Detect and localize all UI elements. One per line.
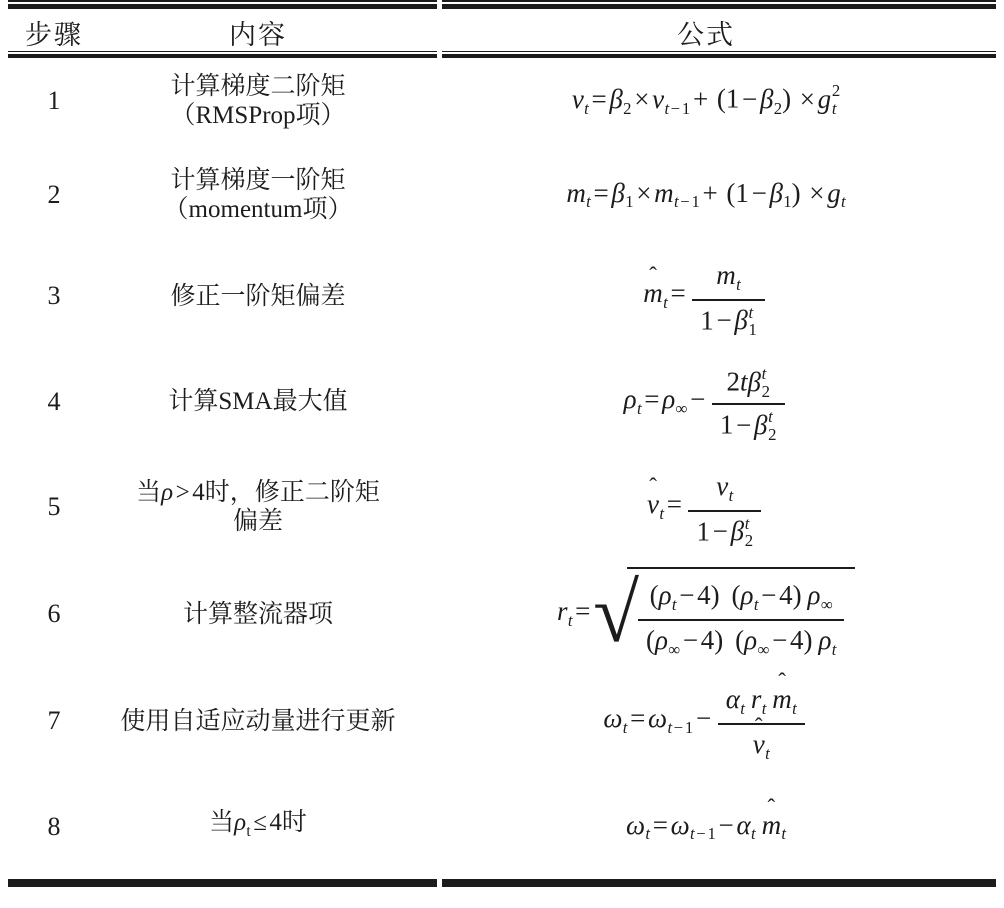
bottom-rule-left bbox=[8, 879, 437, 887]
table-rows: 1 计算梯度二阶矩（RMSProp项） vt=β2×vt−1+(1−β2)×g2… bbox=[0, 55, 1004, 880]
content-cell: 修正一阶矩偏差 bbox=[108, 243, 408, 349]
formula-cell: ωt=ωt−1−αtˆmt bbox=[408, 774, 1004, 880]
step-cell: 6 bbox=[0, 560, 108, 668]
content-cell: 当ρt≤4时 bbox=[108, 774, 408, 880]
step-cell: 8 bbox=[0, 774, 108, 880]
hat-accent-icon: ˆ bbox=[649, 476, 657, 499]
table-row: 1 计算梯度二阶矩（RMSProp项） vt=β2×vt−1+(1−β2)×g2… bbox=[0, 55, 1004, 147]
square-root: √(ρt−4)(ρt−4)ρ∞(ρ∞−4)(ρ∞−4)ρt bbox=[593, 567, 855, 660]
table-row: 6 计算整流器项 rt=√(ρt−4)(ρt−4)ρ∞(ρ∞−4)(ρ∞−4)ρ… bbox=[0, 560, 1004, 668]
formula-math: ˆvt=vt1−βt2 bbox=[647, 464, 765, 550]
formula-math: ρt=ρ∞−2tβt21−βt2 bbox=[624, 359, 789, 443]
content-cell: 计算整流器项 bbox=[108, 560, 408, 668]
top-thin-rule-right bbox=[442, 0, 996, 2]
content-cell: 使用自适应动量进行更新 bbox=[108, 668, 408, 774]
fraction: (ρt−4)(ρt−4)ρ∞(ρ∞−4)(ρ∞−4)ρt bbox=[638, 573, 845, 660]
step-cell: 7 bbox=[0, 668, 108, 774]
formula-cell: ˆvt=vt1−βt2 bbox=[408, 454, 1004, 560]
table-row: 7 使用自适应动量进行更新 ωt=ωt−1−αtrtˆmtˆvt bbox=[0, 668, 1004, 774]
formula-cell: ρt=ρ∞−2tβt21−βt2 bbox=[408, 349, 1004, 454]
step-cell: 4 bbox=[0, 349, 108, 454]
algorithm-table: 步骤 内容 公式 1 计算梯度二阶矩（RMSProp项） vt=β2×vt−1+… bbox=[0, 10, 1004, 880]
table-row: 4 计算SMA最大值 ρt=ρ∞−2tβt21−βt2 bbox=[0, 349, 1004, 454]
table-row: 3 修正一阶矩偏差 ˆmt=mt1−βt1 bbox=[0, 243, 1004, 349]
bottom-rule-right bbox=[442, 879, 996, 887]
content-cell: 计算SMA最大值 bbox=[108, 349, 408, 454]
header-step: 步骤 bbox=[0, 13, 108, 52]
hatted-symbol: ˆm bbox=[643, 277, 663, 311]
formula-cell: ωt=ωt−1−αtrtˆmtˆvt bbox=[408, 668, 1004, 774]
fraction: vt1−βt2 bbox=[688, 464, 761, 550]
content-line: 计算整流器项 bbox=[183, 600, 333, 629]
step-number: 8 bbox=[48, 812, 61, 842]
content-line: 当ρt≤4时 bbox=[209, 808, 307, 845]
hat-accent-icon: ˆ bbox=[767, 797, 775, 820]
formula-math: ˆmt=mt1−βt1 bbox=[643, 253, 768, 339]
top-thick-rule-left bbox=[8, 4, 437, 9]
content-line: 计算SMA最大值 bbox=[168, 387, 347, 416]
step-number: 5 bbox=[48, 492, 61, 522]
table-row: 8 当ρt≤4时 ωt=ωt−1−αtˆmt bbox=[0, 774, 1004, 880]
content-line: 当ρ>4时，修正二阶矩 bbox=[136, 478, 380, 507]
content-line: 计算梯度一阶矩 bbox=[170, 166, 345, 195]
formula-math: ωt=ωt−1−αtrtˆmtˆvt bbox=[603, 677, 808, 764]
top-thick-rule-right bbox=[442, 4, 996, 9]
table-row: 5 当ρ>4时，修正二阶矩偏差 ˆvt=vt1−βt2 bbox=[0, 454, 1004, 560]
hat-accent-icon: ˆ bbox=[649, 265, 657, 288]
content-line: （momentum项） bbox=[164, 195, 353, 224]
formula-cell: vt=β2×vt−1+(1−β2)×g2t bbox=[408, 55, 1004, 147]
content-line: 使用自适应动量进行更新 bbox=[120, 707, 395, 736]
content-line: 计算梯度二阶矩 bbox=[170, 72, 345, 101]
content-line: 修正一阶矩偏差 bbox=[170, 282, 345, 311]
top-thin-rule-left bbox=[8, 0, 437, 2]
fraction: mt1−βt1 bbox=[692, 253, 765, 339]
step-number: 1 bbox=[48, 86, 61, 116]
step-number: 2 bbox=[48, 180, 61, 210]
table-header-row: 步骤 内容 公式 bbox=[0, 10, 1004, 55]
hatted-symbol: ˆm bbox=[772, 683, 792, 717]
content-cell: 当ρ>4时，修正二阶矩偏差 bbox=[108, 454, 408, 560]
step-cell: 3 bbox=[0, 243, 108, 349]
content-line: （RMSProp项） bbox=[170, 101, 345, 130]
formula-math: mt=β1×mt−1+(1−β1)×gt bbox=[566, 177, 845, 214]
formula-cell: mt=β1×mt−1+(1−β1)×gt bbox=[408, 147, 1004, 243]
hat-accent-icon: ˆ bbox=[778, 671, 786, 694]
hat-accent-icon: ˆ bbox=[755, 716, 763, 739]
hatted-symbol: ˆv bbox=[647, 488, 659, 522]
formula-math: vt=β2×vt−1+(1−β2)×g2t bbox=[572, 82, 840, 119]
step-cell: 2 bbox=[0, 147, 108, 243]
content-cell: 计算梯度一阶矩（momentum项） bbox=[108, 147, 408, 243]
step-cell: 5 bbox=[0, 454, 108, 560]
header-content: 内容 bbox=[108, 13, 408, 52]
fraction: 2tβt21−βt2 bbox=[712, 359, 785, 443]
formula-cell: ˆmt=mt1−βt1 bbox=[408, 243, 1004, 349]
step-number: 3 bbox=[48, 281, 61, 311]
step-number: 6 bbox=[48, 599, 61, 629]
table-page: 步骤 内容 公式 1 计算梯度二阶矩（RMSProp项） vt=β2×vt−1+… bbox=[0, 0, 1004, 908]
formula-math: ωt=ωt−1−αtˆmt bbox=[626, 809, 786, 846]
header-formula: 公式 bbox=[408, 13, 1004, 52]
hatted-symbol: ˆm bbox=[762, 809, 782, 843]
step-number: 4 bbox=[48, 387, 61, 417]
step-number: 7 bbox=[48, 706, 61, 736]
content-line: 偏差 bbox=[233, 507, 283, 536]
table-row: 2 计算梯度一阶矩（momentum项） mt=β1×mt−1+(1−β1)×g… bbox=[0, 147, 1004, 243]
formula-math: rt=√(ρt−4)(ρt−4)ρ∞(ρ∞−4)(ρ∞−4)ρt bbox=[557, 567, 855, 660]
step-cell: 1 bbox=[0, 55, 108, 147]
fraction: αtrtˆmtˆvt bbox=[718, 677, 805, 764]
content-cell: 计算梯度二阶矩（RMSProp项） bbox=[108, 55, 408, 147]
hatted-symbol: ˆv bbox=[753, 728, 765, 762]
formula-cell: rt=√(ρt−4)(ρt−4)ρ∞(ρ∞−4)(ρ∞−4)ρt bbox=[408, 560, 1004, 668]
